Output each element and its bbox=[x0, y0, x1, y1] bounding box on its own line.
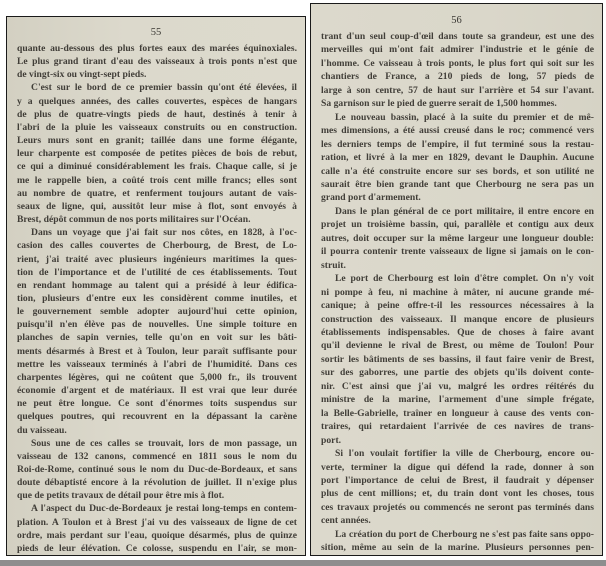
text-line: tion, plusieurs d'entre eux les considèr… bbox=[17, 292, 297, 305]
text-line: ne peut être longue. Ce sont d'énormes t… bbox=[17, 397, 297, 410]
text-line: construction des vaisseaux. Il manque en… bbox=[321, 313, 594, 326]
text-line: autres, doit occuper sur la même largeur… bbox=[321, 232, 594, 245]
text-line: mettre les vaisseaux terminés à l'abri d… bbox=[17, 358, 297, 371]
text-line: la Belle-Gabrielle, traîner en longueur … bbox=[321, 407, 594, 420]
text-line: Le plus grand tirant d'eau des vaisseaux… bbox=[17, 55, 297, 68]
text-line: ces travaux projetés ou commencés ne ser… bbox=[321, 501, 594, 514]
text-line: économie d'argent et de matériaux. Il es… bbox=[17, 384, 297, 397]
text-line: l'abri de la pluie les vaisseaux constru… bbox=[17, 121, 297, 134]
page-number: 56 bbox=[311, 15, 602, 27]
text-line: A l'aspect du Duc-de-Bordeaux je restai … bbox=[17, 502, 297, 515]
text-line: en rendant hommage au talent qui a prési… bbox=[17, 279, 297, 292]
text-line: port. bbox=[321, 434, 594, 447]
text-line: le gouvernement semble adopter aujourd'h… bbox=[17, 305, 297, 318]
text-line: planches de sapin vernies, telle qu'on e… bbox=[17, 331, 297, 344]
text-line: plation. A Toulon et à Brest j'ai vu des… bbox=[17, 516, 297, 529]
text-line: sur des gaborres, une partie des objets … bbox=[321, 366, 594, 379]
text-line: l'homme. Ce vaisseau à trois ponts, le p… bbox=[321, 57, 594, 70]
text-line: mes dimensions, a été aussi creusé dans … bbox=[321, 124, 594, 137]
text-line: puisqu'il n'en élève pas de nouvelles. U… bbox=[17, 318, 297, 331]
text-line: pieds de leur élévation. Ce colosse, sus… bbox=[17, 542, 297, 555]
text-line: quelques poutres, qui recouvrent en la d… bbox=[17, 410, 297, 423]
text-line: La création du port de Cherbourg ne s'es… bbox=[321, 528, 594, 541]
text-line: struit. bbox=[321, 259, 594, 272]
text-line: que de petits travaux de détail pour êtr… bbox=[17, 489, 297, 502]
text-line: ordre, mais perdant sur l'eau, quoique d… bbox=[17, 529, 297, 542]
text-line: large à son centre, 57 de haut sur l'arr… bbox=[321, 84, 594, 97]
text-line: sortir les bâtiments de ses bassins, il … bbox=[321, 353, 594, 366]
text-line: calle n'a été construite encore sur ses … bbox=[321, 165, 594, 178]
text-line: cent années. bbox=[321, 514, 594, 527]
book-page-right: 56 trant d'un seul coup-d'œil dans toute… bbox=[310, 3, 603, 556]
text-line: rient, j'ai traité avec plusieurs ingéni… bbox=[17, 253, 297, 266]
bottom-edge-bar bbox=[0, 560, 606, 566]
text-line: qu'il devienne le rival de Brest, ou mêm… bbox=[321, 339, 594, 352]
text-line: il pourra contenir trente vaisseaux de l… bbox=[321, 245, 594, 258]
text-line: charpentes légères, qui ne coûtent que 5… bbox=[17, 371, 297, 384]
text-line: canique; à peine offre-t-il les ressourc… bbox=[321, 299, 594, 312]
text-line: port l'importance de celui de Brest, il … bbox=[321, 474, 594, 487]
text-line: du vaisseau. bbox=[17, 424, 297, 437]
text-line: me le rappelle bien, a coûté trois cent … bbox=[17, 174, 297, 187]
text-line: Roi-de-Rome, continué sous le nom du Duc… bbox=[17, 463, 297, 476]
text-line: Leurs murs sont en granit; taillée dans … bbox=[17, 134, 297, 147]
text-line: au nombre de quatre, et renferment toujo… bbox=[17, 187, 297, 200]
text-line: tion de l'importance et de l'utilité de … bbox=[17, 266, 297, 279]
text-line: ni pompe à feu, ni machine à mâter, ni a… bbox=[321, 286, 594, 299]
text-line: y a quelques années, des calles couverte… bbox=[17, 95, 297, 108]
text-line: projet un troisième bassin, qui, parallè… bbox=[321, 218, 594, 231]
text-line: seaux de ligne, qui, aussitôt leur mise … bbox=[17, 200, 297, 213]
text-line: ments désarmés à Brest et à Toulon, leur… bbox=[17, 345, 297, 358]
text-line: Dans le plan général de ce port militair… bbox=[321, 205, 594, 218]
text-line: les derniers temps de l'empire, il fut t… bbox=[321, 138, 594, 151]
text-line: grand port d'armement. bbox=[321, 191, 594, 204]
text-line: leur charpente est composée de petites p… bbox=[17, 147, 297, 160]
text-line: ration, et livré à la mer en 1829, devan… bbox=[321, 151, 594, 164]
text-line: quante au-dessous des plus fortes eaux d… bbox=[17, 42, 297, 55]
text-line: ministre de la marine, l'armement d'une … bbox=[321, 393, 594, 406]
text-line: Le port de Cherbourg est loin d'être com… bbox=[321, 272, 594, 285]
text-line: Brest, dépôt commun de nos ports militai… bbox=[17, 213, 297, 226]
book-page-left: 55 quante au-dessous des plus fortes eau… bbox=[6, 16, 306, 556]
text-line: traires, qui retardaient l'arrivée de ce… bbox=[321, 420, 594, 433]
text-line: Sa garnison sur le pied de guerre serait… bbox=[321, 97, 594, 110]
text-line: ce qui a diminué considérablement les fr… bbox=[17, 160, 297, 173]
text-line: C'est sur le bord de ce premier bassin q… bbox=[17, 81, 297, 94]
text-line: doute débaptisté encore à la révolution … bbox=[17, 476, 297, 489]
text-line: chantiers de France, a 210 pieds de long… bbox=[321, 70, 594, 83]
text-line: Le nouveau bassin, placé à la suite du p… bbox=[321, 111, 594, 124]
text-line: saurait être bien grande tant que Cherbo… bbox=[321, 178, 594, 191]
text-line: Dans un voyage que j'ai fait sur nos côt… bbox=[17, 226, 297, 239]
text-line: nir. C'est ainsi que j'ai vu, malgré les… bbox=[321, 380, 594, 393]
text-line: de plus de quatre-vingts pieds de haut, … bbox=[17, 108, 297, 121]
text-line: Si l'on voulait fortifier la ville de Ch… bbox=[321, 447, 594, 460]
page-body-text: trant d'un seul coup-d'œil dans toute sa… bbox=[311, 30, 602, 555]
text-line: établissements indispensables. Que de ch… bbox=[321, 326, 594, 339]
text-line: de vingt-six ou vingt-sept pieds. bbox=[17, 68, 297, 81]
text-line: casion des calles couvertes de Cherbourg… bbox=[17, 239, 297, 252]
text-line: sition, même au sein de la marine. Plusi… bbox=[321, 541, 594, 554]
page-number: 55 bbox=[7, 27, 305, 39]
text-line: merveilles qui m'ont fait admirer l'indu… bbox=[321, 43, 594, 56]
text-line: vaisseau de 132 canons, commencé en 1811… bbox=[17, 450, 297, 463]
text-line: trant d'un seul coup-d'œil dans toute sa… bbox=[321, 30, 594, 43]
page-body-text: quante au-dessous des plus fortes eaux d… bbox=[7, 42, 305, 555]
text-line: Sous une de ces calles se trouvait, lors… bbox=[17, 437, 297, 450]
text-line: verte, terminer la digue qui défend la r… bbox=[321, 461, 594, 474]
text-line: plus de cent millions; et, du train dont… bbox=[321, 487, 594, 500]
